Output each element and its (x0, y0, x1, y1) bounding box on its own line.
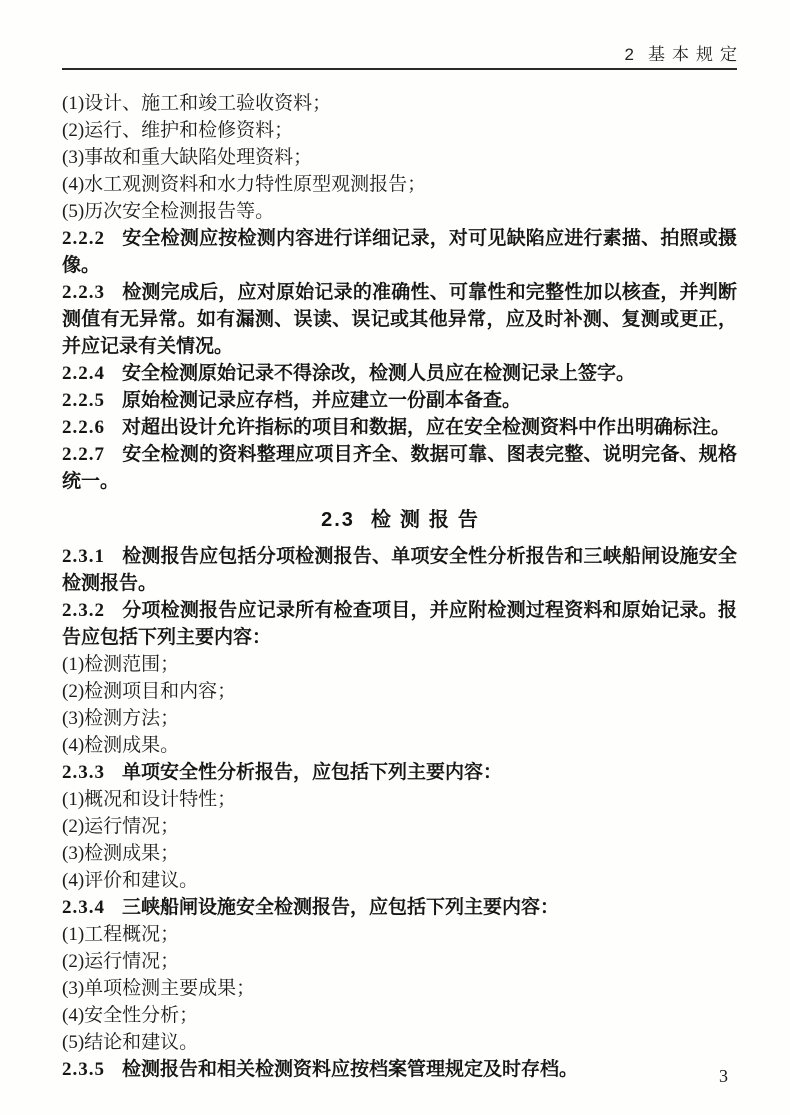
document-page: 2基本规定 (1)设计、施工和竣工验收资料；(2)运行、维护和检修资料；(3)事… (0, 0, 790, 1115)
clause-2.3.2: 2.3.2分项检测报告应记录所有检查项目，并应附检测过程资料和原始记录。报告应包… (62, 597, 737, 651)
clause-2.3.1: 2.3.1检测报告应包括分项检测报告、单项安全性分析报告和三峡船闸设施安全检测报… (62, 543, 737, 597)
running-header: 2基本规定 (62, 40, 737, 65)
header-divider-rule (62, 68, 737, 70)
section-heading-title: 检测报告 (371, 509, 487, 531)
clause-number: 2.2.6 (62, 417, 105, 438)
clause-number: 2.3.5 (62, 1059, 105, 1080)
document-body: (1)设计、施工和竣工验收资料；(2)运行、维护和检修资料；(3)事故和重大缺陷… (62, 90, 737, 1083)
list-item: (1)设计、施工和竣工验收资料； (62, 90, 737, 117)
list-item: (3)检测成果； (62, 840, 737, 867)
list-item: (1)概况和设计特性； (62, 786, 737, 813)
list-item: (4)检测成果。 (62, 732, 737, 759)
clause-number: 2.2.4 (62, 363, 105, 384)
clause-number: 2.2.2 (62, 228, 105, 249)
list-item: (4)水工观测资料和水力特性原型观测报告； (62, 171, 737, 198)
clause-number: 2.2.3 (62, 282, 105, 303)
list-item: (3)单项检测主要成果； (62, 975, 737, 1002)
section-heading-number: 2.3 (321, 509, 355, 531)
clause-number: 2.2.5 (62, 390, 105, 411)
clause-2.2.2: 2.2.2安全检测应按检测内容进行详细记录，对可见缺陷应进行素描、拍照或摄像。 (62, 225, 737, 279)
list-item: (1)检测范围； (62, 651, 737, 678)
clause-2.2.4: 2.2.4安全检测原始记录不得涂改，检测人员应在检测记录上签字。 (62, 360, 737, 387)
list-item: (2)运行情况； (62, 813, 737, 840)
list-item: (3)检测方法； (62, 705, 737, 732)
page-number: 3 (719, 1066, 728, 1087)
list-item: (5)结论和建议。 (62, 1029, 737, 1056)
clause-2.3.4: 2.3.4三峡船闸设施安全检测报告，应包括下列主要内容： (62, 894, 737, 921)
list-item: (5)历次安全检测报告等。 (62, 198, 737, 225)
clause-2.3.3: 2.3.3单项安全性分析报告，应包括下列主要内容： (62, 759, 737, 786)
clause-number: 2.3.4 (62, 897, 105, 918)
clause-number: 2.3.3 (62, 762, 105, 783)
clause-number: 2.3.1 (62, 546, 105, 567)
clause-2.3.5: 2.3.5检测报告和相关检测资料应按档案管理规定及时存档。 (62, 1056, 737, 1083)
list-item: (4)安全性分析； (62, 1002, 737, 1029)
list-item: (4)评价和建议。 (62, 867, 737, 894)
list-item: (1)工程概况； (62, 921, 737, 948)
section-heading-2.3: 2.3检测报告 (62, 506, 737, 534)
running-header-chapter-number: 2 (625, 45, 634, 64)
list-item: (2)检测项目和内容； (62, 678, 737, 705)
running-header-chapter-title: 基本规定 (648, 45, 744, 64)
clause-number: 2.3.2 (62, 600, 105, 621)
list-item: (2)运行、维护和检修资料； (62, 117, 737, 144)
clause-2.2.3: 2.2.3检测完成后，应对原始记录的准确性、可靠性和完整性加以核查，并判断测值有… (62, 279, 737, 360)
list-item: (2)运行情况； (62, 948, 737, 975)
list-item: (3)事故和重大缺陷处理资料； (62, 144, 737, 171)
clause-2.2.5: 2.2.5原始检测记录应存档，并应建立一份副本备查。 (62, 387, 737, 414)
clause-2.2.6: 2.2.6对超出设计允许指标的项目和数据，应在安全检测资料中作出明确标注。 (62, 414, 737, 441)
clause-2.2.7: 2.2.7安全检测的资料整理应项目齐全、数据可靠、图表完整、说明完备、规格统一。 (62, 441, 737, 495)
clause-number: 2.2.7 (62, 444, 105, 465)
